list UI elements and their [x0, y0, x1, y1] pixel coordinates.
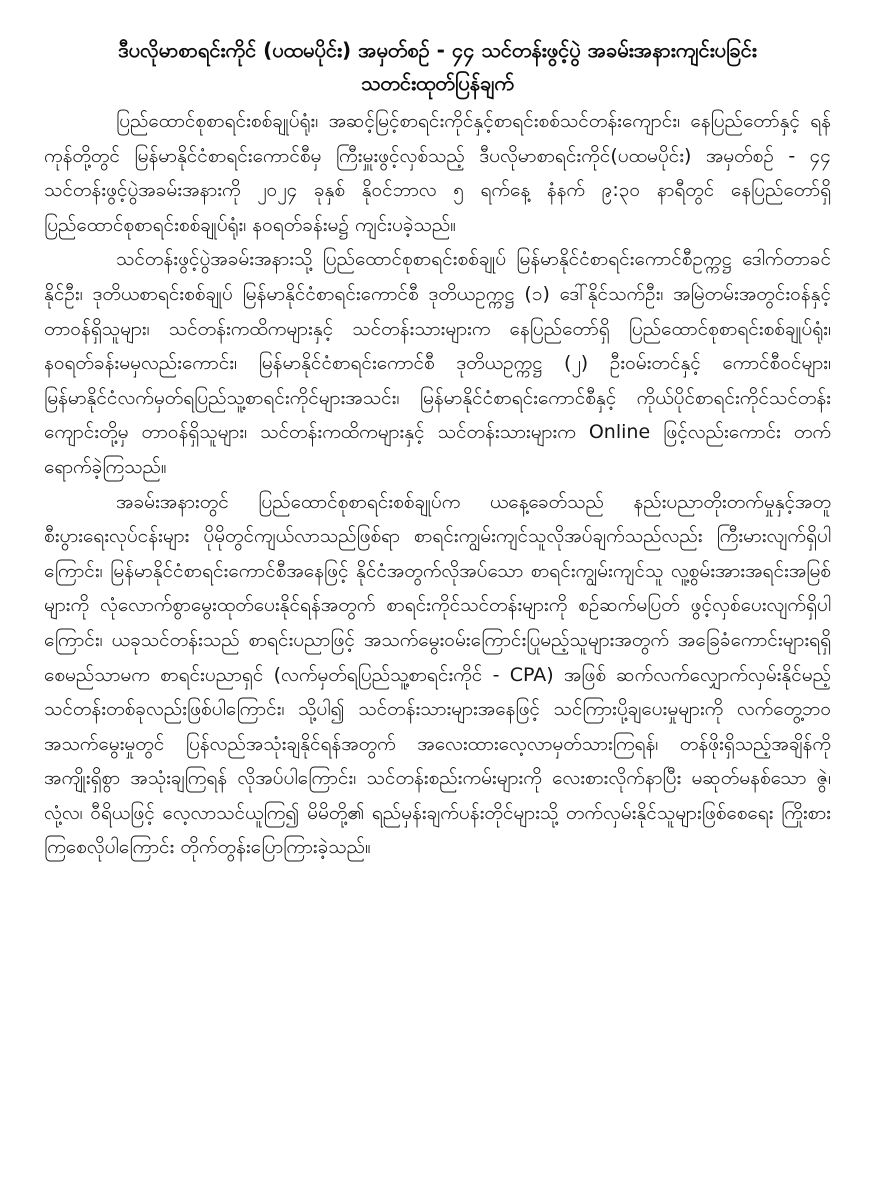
- press-release-page: ဒီပလိုမာစာရင်းကိုင် (ပထမပိုင်း) အမှတ်စဉ်…: [0, 0, 871, 1200]
- paragraph-opening-event: ပြည်ထောင်စုစာရင်းစစ်ချုပ်ရုံး၊ အဆင့်မြင့…: [44, 104, 831, 242]
- paragraph-speech: အခမ်းအနားတွင် ပြည်ထောင်စုစာရင်းစစ်ချုပ်က…: [44, 485, 831, 866]
- title-line-1: ဒီပလိုမာစာရင်းကိုင် (ပထမပိုင်း) အမှတ်စဉ်…: [44, 34, 831, 67]
- document-title: ဒီပလိုမာစာရင်းကိုင် (ပထမပိုင်း) အမှတ်စဉ်…: [44, 34, 831, 100]
- title-line-2: သတင်းထုတ်ပြန်ချက်: [44, 67, 831, 100]
- paragraph-attendees: သင်တန်းဖွင့်ပွဲအခမ်းအနားသို့ ပြည်ထောင်စု…: [44, 242, 831, 484]
